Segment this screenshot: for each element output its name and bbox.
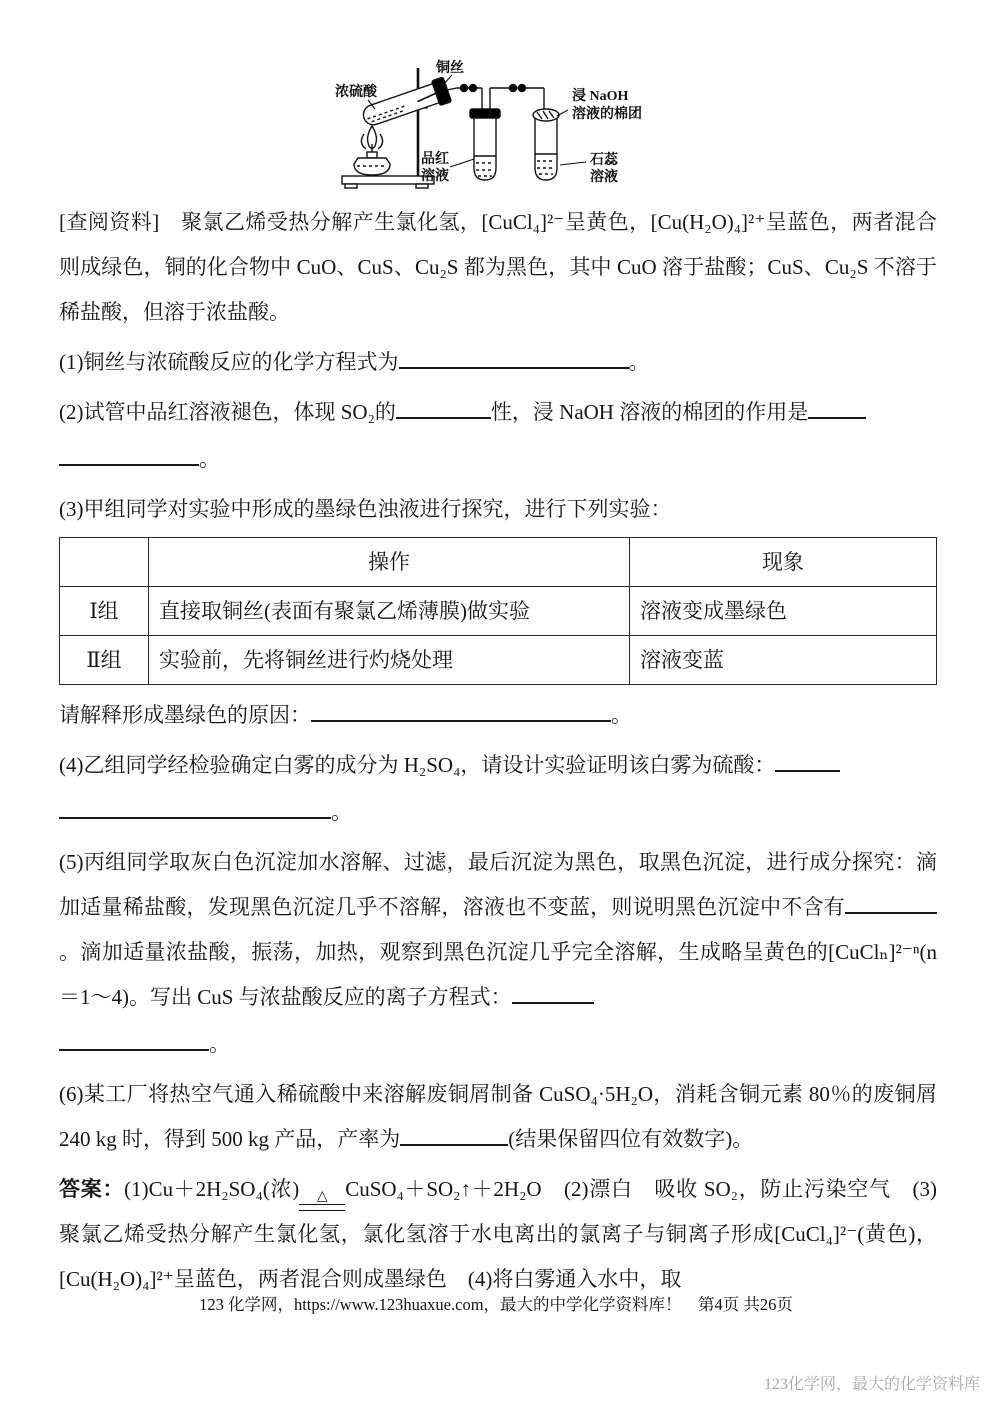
group-2-operation: 实验前，先将铜丝进行灼烧处理 [149, 636, 630, 685]
header-empty [60, 538, 149, 587]
question-2: (2)试管中品红溶液褪色，体现 SO₂的性，浸 NaOH 溶液的棉团的作用是 [59, 390, 937, 435]
question-4: (4)乙组同学经检验确定白雾的成分为 H₂SO₄，请设计实验证明该白雾为硫酸： [59, 743, 937, 788]
litmus-test-tube [533, 109, 559, 180]
answer-eq-left: (1)Cu＋2H₂SO₄(浓) [124, 1177, 299, 1201]
apparatus-diagram: 铜丝 浓硫酸 品红 溶液 石蕊 溶液 浸 NaOH 溶液的棉团 [328, 48, 670, 200]
table-row: Ⅰ组 直接取铜丝(表面有聚氯乙烯薄膜)做实验 溶液变成墨绿色 [60, 587, 937, 636]
question-5-continuation: 。 [59, 1022, 937, 1067]
alcohol-lamp-icon [354, 126, 390, 175]
table-header-row: 操作 现象 [60, 538, 937, 587]
blank-line [311, 715, 611, 722]
reaction-condition: △ [299, 1190, 345, 1211]
answer-paragraph: 答案：(1)Cu＋2H₂SO₄(浓)△CuSO₄＋SO₂↑＋2H₂O (2)漂白… [59, 1167, 937, 1302]
label-litmus-1: 石蕊 [590, 151, 619, 168]
equals-lines [299, 1204, 345, 1211]
header-operation: 操作 [149, 538, 630, 587]
blank-line [400, 1139, 508, 1146]
question-2-continuation: 。 [59, 437, 937, 482]
blank-line [399, 362, 629, 369]
group-1-cell: Ⅰ组 [60, 587, 149, 636]
question-3-explain: 请解释形成墨绿色的原因：。 [59, 693, 937, 738]
blank-line [59, 1044, 209, 1051]
blank-line [775, 765, 840, 772]
reference-material: [查阅资料] 聚氯乙烯受热分解产生氯化氢，[CuCl₄]²⁻呈黄色，[Cu(H₂… [59, 200, 937, 335]
blank-line [396, 412, 491, 419]
label-fuchsin-2: 溶液 [421, 167, 449, 184]
label-acid: 浓硫酸 [335, 83, 378, 100]
label-naoh-2: 溶液的棉团 [572, 105, 642, 122]
experiment-table: 操作 现象 Ⅰ组 直接取铜丝(表面有聚氯乙烯薄膜)做实验 溶液变成墨绿色 Ⅱ组 … [59, 537, 937, 685]
question-6: (6)某工厂将热空气通入稀硫酸中来溶解废铜屑制备 CuSO₄·5H₂O，消耗含铜… [59, 1072, 937, 1162]
label-naoh-1: 浸 NaOH [572, 87, 628, 104]
blank-line [59, 459, 199, 466]
label-litmus-2: 溶液 [590, 168, 618, 185]
page-footer: 123 化学网，https://www.123huaxue.com，最大的中学化… [0, 1291, 992, 1315]
group-2-cell: Ⅱ组 [60, 636, 149, 685]
question-4-continuation: 。 [59, 790, 937, 835]
group-1-operation: 直接取铜丝(表面有聚氯乙烯薄膜)做实验 [149, 587, 630, 636]
apparatus-svg: 铜丝 浓硫酸 品红 溶液 石蕊 溶液 浸 NaOH 溶液的棉团 [328, 48, 670, 200]
blank-line [59, 812, 331, 819]
blank-line [512, 997, 594, 1004]
group-2-phenomenon: 溶液变蓝 [630, 636, 937, 685]
group-1-phenomenon: 溶液变成墨绿色 [630, 587, 937, 636]
document-body: [查阅资料] 聚氯乙烯受热分解产生氯化氢，[CuCl₄]²⁻呈黄色，[Cu(H₂… [59, 200, 937, 1307]
answer-label: 答案： [59, 1177, 124, 1201]
answer-eq-right: CuSO₄＋SO₂↑＋2H₂O [345, 1177, 541, 1201]
blank-line [845, 907, 937, 914]
label-copper-wire: 铜丝 [435, 59, 464, 76]
fuchsin-test-tube [470, 109, 500, 180]
worksheet-page: { "diagram": { "labels": { "copper_wire"… [0, 0, 992, 1403]
delta-symbol: △ [299, 1190, 345, 1204]
label-fuchsin-1: 品红 [421, 150, 449, 167]
site-watermark: 123化学网，最大的化学资料库 [764, 1371, 980, 1394]
question-3-intro: (3)甲组同学对实验中形成的墨绿色浊液进行探究，进行下列实验： [59, 487, 937, 532]
question-5: (5)丙组同学取灰白色沉淀加水溶解、过滤，最后沉淀为黑色，取黑色沉淀，进行成分探… [59, 840, 937, 1020]
header-phenomenon: 现象 [630, 538, 937, 587]
table-row: Ⅱ组 实验前，先将铜丝进行灼烧处理 溶液变蓝 [60, 636, 937, 685]
question-1: (1)铜丝与浓硫酸反应的化学方程式为。 [59, 340, 937, 385]
blank-line [808, 412, 866, 419]
